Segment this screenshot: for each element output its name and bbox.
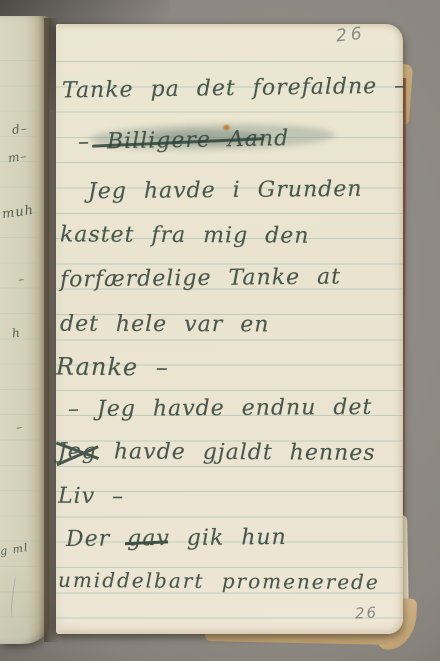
- notebook-photo: d– m– muh – h – g ml 26 Tanke pa det for…: [0, 0, 440, 661]
- ink-fragment: m–: [7, 149, 28, 166]
- notebook-page: 26 Tanke pa det forefaldne – – Billigere…: [56, 24, 403, 634]
- handwriting-line-4: kastet fra mig den: [60, 220, 310, 251]
- handwriting-text: Der: [66, 527, 110, 552]
- ink-fragment: h: [11, 325, 22, 340]
- handwriting-line-10: Liv –: [58, 482, 124, 513]
- handwriting-line-3: Jeg havde i Grunden: [88, 175, 363, 207]
- ruled-lines-left-page: [0, 60, 43, 620]
- dash: –: [78, 130, 90, 155]
- handwriting-text: gik hun: [187, 525, 287, 551]
- struck-word: gav: [127, 524, 170, 554]
- scribbled-out-word: Jeg: [58, 437, 97, 467]
- page-number-bottom: 26: [355, 603, 379, 622]
- previous-page-strip: d– m– muh – h – g ml: [0, 16, 49, 644]
- handwriting-line-9: Jeg havde gjaldt hennes: [58, 437, 376, 469]
- ink-fragment: d–: [11, 121, 28, 137]
- handwriting-line-12: umiddelbart promenerede: [58, 565, 380, 597]
- handwriting-line-7: Ranke –: [56, 352, 169, 383]
- page-number-top: 26: [335, 24, 367, 47]
- handwriting-line-8: – Jeg havde endnu det: [68, 393, 372, 425]
- handwriting-text: havde gjaldt hennes: [114, 439, 376, 465]
- handwriting-line-11: Der gav gik hun: [66, 523, 287, 555]
- handwriting-line-1: Tanke pa det forefaldne –: [62, 72, 407, 107]
- handwriting-line-5: forfærdelige Tanke at: [60, 263, 341, 296]
- handwriting-line-6: det hele var en: [60, 310, 270, 341]
